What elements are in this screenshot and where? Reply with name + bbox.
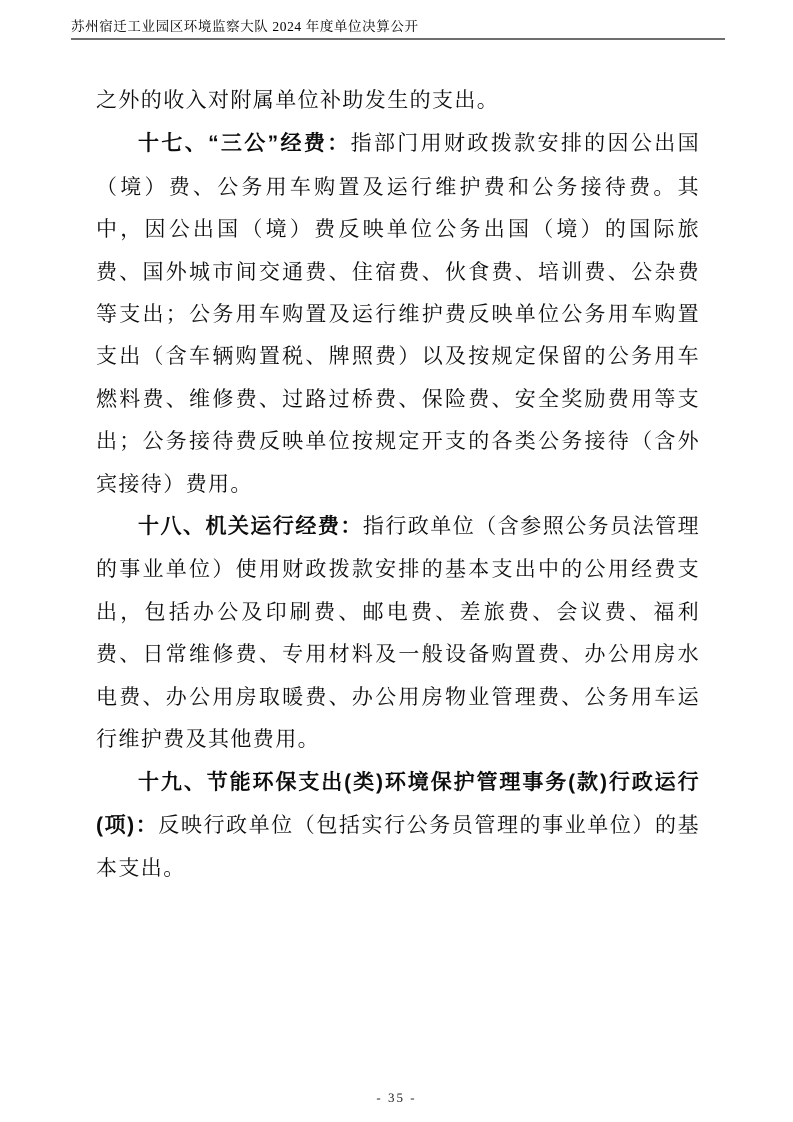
paragraph-lead: 十七、“三公”经费： [138, 132, 351, 155]
page-footer: - 35 - [0, 1090, 793, 1106]
paragraph-item-18: 十八、机关运行经费：指行政单位（含参照公务员法管理的事业单位）使用财政拨款安排的… [96, 505, 700, 760]
page-header: 苏州宿迁工业园区环境监察大队 2024 年度单位决算公开 [71, 15, 725, 40]
paragraph-text: 之外的收入对附属单位补助发生的支出。 [96, 88, 499, 112]
paragraph-text: 反映行政单位（包括实行公务员管理的事业单位）的基本支出。 [96, 813, 700, 880]
paragraph-text: 指部门用财政拨款安排的因公出国（境）费、公务用车购置及运行维护费和公务接待费。其… [96, 131, 700, 495]
paragraph-text: 指行政单位（含参照公务员法管理的事业单位）使用财政拨款安排的基本支出中的公用经费… [96, 514, 700, 751]
page-number: - 35 - [376, 1090, 416, 1105]
document-body: 之外的收入对附属单位补助发生的支出。 十七、“三公”经费：指部门用财政拨款安排的… [96, 79, 700, 890]
paragraph-continuation: 之外的收入对附属单位补助发生的支出。 [96, 79, 700, 122]
paragraph-lead: 十八、机关运行经费： [138, 515, 363, 538]
paragraph-item-19: 十九、节能环保支出(类)环境保护管理事务(款)行政运行(项)：反映行政单位（包括… [96, 761, 700, 890]
header-title: 苏州宿迁工业园区环境监察大队 2024 年度单位决算公开 [71, 15, 725, 35]
document-page: 苏州宿迁工业园区环境监察大队 2024 年度单位决算公开 之外的收入对附属单位补… [0, 0, 793, 1122]
header-divider [71, 38, 725, 40]
paragraph-item-17: 十七、“三公”经费：指部门用财政拨款安排的因公出国（境）费、公务用车购置及运行维… [96, 122, 700, 505]
